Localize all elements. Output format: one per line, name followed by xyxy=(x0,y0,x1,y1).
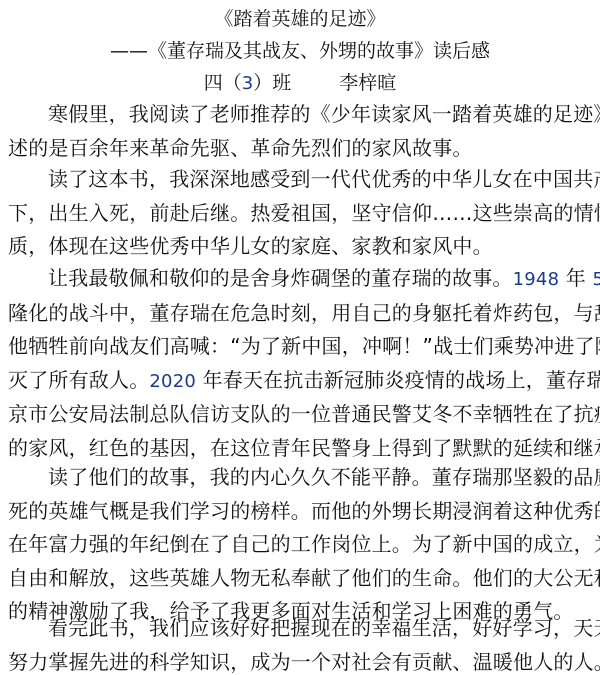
class-suffix: ）班 xyxy=(253,72,291,94)
paragraph-line: 他牺牲前向战友们高喊：“为了新中国，冲啊！”战士们乘势冲进了隆化中学，消 xyxy=(8,330,584,364)
month-5: 5 xyxy=(593,269,600,290)
paragraph-line: 读了这本书，我深深地感受到一代代优秀的中华儿女在中国共产党的带领 xyxy=(8,163,584,197)
essay-subtitle: ——《董存瑞及其战友、外甥的故事》读后感 xyxy=(0,40,600,62)
text-run: 灭了所有敌人。 xyxy=(8,368,149,392)
paragraph-1: 寒假里，我阅读了老师推荐的《少年读家风一踏着英雄的足迹》这本书，讲 述的是百余年… xyxy=(8,98,584,165)
paragraph-line: 努力掌握先进的科学知识，成为一个对社会有贡献、温暖他人的人。 xyxy=(8,646,584,675)
paragraph-line: 质，体现在这些优秀中华儿女的家庭、家教和家风中。 xyxy=(8,230,584,264)
paragraph-line: 让我最敬佩和敬仰的是舍身炸碉堡的董存瑞的故事。1948 年 5 月，在解放 xyxy=(8,262,584,297)
text-run: 让我最敬佩和敬仰的是舍身炸碉堡的董存瑞的故事。 xyxy=(48,266,513,290)
paragraph-3: 让我最敬佩和敬仰的是舍身炸碉堡的董存瑞的故事。1948 年 5 月，在解放 隆化… xyxy=(8,262,584,465)
paragraph-line: 隆化的战斗中，董存瑞在危急时刻，用自己的身躯托着炸药包，与敌人同归于尽。 xyxy=(8,297,584,331)
paragraph-line: 死的英雄气概是我们学习的榜样。而他的外甥长期浸润着这种优秀的家风，更是 xyxy=(8,495,584,529)
paragraph-line: 在年富力强的年纪倒在了自己的工作岗位上。为了新中国的成立，为了人类争取 xyxy=(8,528,584,562)
essay-title: 《踏着英雄的足迹》 xyxy=(0,8,600,30)
paragraph-line: 读了他们的故事，我的内心久久不能平静。董存瑞那坚毅的品质，舍生忘 xyxy=(8,461,584,495)
year-2020: 2020 xyxy=(149,371,196,392)
class-number: 3 xyxy=(242,73,253,94)
paragraph-line: 的家风，红色的基因，在这位青年民警身上得到了默默的延续和继承。 xyxy=(8,432,584,466)
author-name: 李梓暄 xyxy=(339,72,396,94)
document-page: 《踏着英雄的足迹》 ——《董存瑞及其战友、外甥的故事》读后感 四（3）班李梓暄 … xyxy=(0,0,600,675)
paragraph-line: 下，出生入死，前赴后继。热爱祖国，坚守信仰……这些崇高的情怀和宝贵的品 xyxy=(8,197,584,231)
paragraph-line: 京市公安局法制总队信访支队的一位普通民警艾冬不幸牺牲在了抗疫一线。英雄 xyxy=(8,398,584,432)
class-prefix: 四（ xyxy=(204,72,242,94)
paragraph-line: 看完此书，我们应该好好把握现在的幸福生活，好好学习，天天向上，从小 xyxy=(8,612,584,646)
paragraph-5: 看完此书，我们应该好好把握现在的幸福生活，好好学习，天天向上，从小 努力掌握先进… xyxy=(8,612,584,675)
paragraph-line: 述的是百余年来革命先驱、革命先烈们的家风故事。 xyxy=(8,132,584,166)
paragraph-2: 读了这本书，我深深地感受到一代代优秀的中华儿女在中国共产党的带领 下，出生入死，… xyxy=(8,163,584,264)
author-line: 四（3）班李梓暄 xyxy=(0,72,600,95)
year-1948: 1948 xyxy=(513,269,560,290)
paragraph-4: 读了他们的故事，我的内心久久不能平静。董存瑞那坚毅的品质，舍生忘 死的英雄气概是… xyxy=(8,461,584,629)
paragraph-line: 寒假里，我阅读了老师推荐的《少年读家风一踏着英雄的足迹》这本书，讲 xyxy=(8,98,584,132)
text-run: 年春天在抗击新冠肺炎疫情的战场上，董存瑞的外甥、北 xyxy=(196,368,600,392)
paragraph-line: 灭了所有敌人。2020 年春天在抗击新冠肺炎疫情的战场上，董存瑞的外甥、北 xyxy=(8,364,584,399)
paragraph-line: 自由和解放，这些英雄人物无私奉献了他们的生命。他们的大公无私、勇于奉献 xyxy=(8,562,584,596)
text-run: 年 xyxy=(559,266,592,290)
